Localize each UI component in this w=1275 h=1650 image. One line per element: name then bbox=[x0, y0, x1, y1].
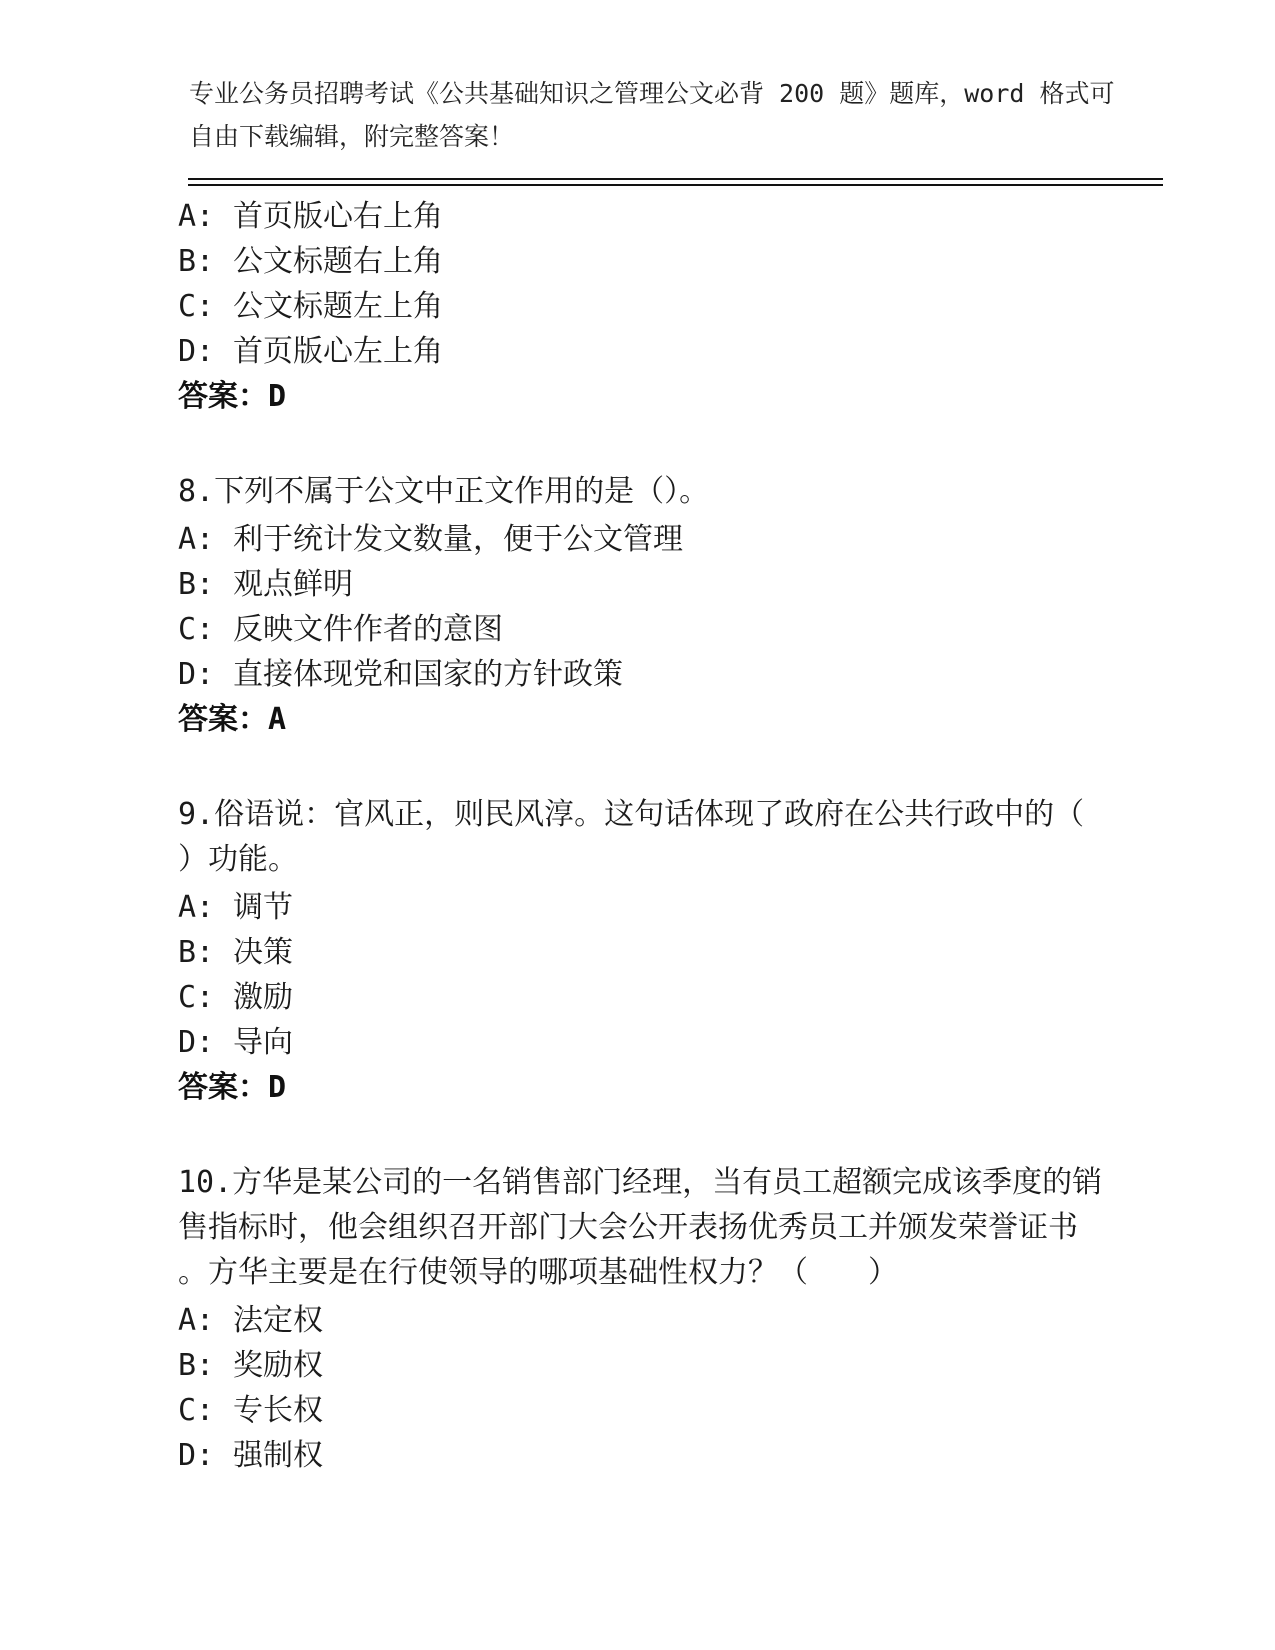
option-row: D:强制权 bbox=[178, 1433, 1275, 1478]
option-text: 首页版心右上角 bbox=[233, 199, 443, 234]
question-text-line: 。方华主要是在行使领导的哪项基础性权力？（ ） bbox=[178, 1250, 1275, 1295]
question-block: A:首页版心右上角 B:公文标题右上角 C:公文标题左上角 D:首页版心左上角 … bbox=[178, 194, 1275, 419]
option-label: A: bbox=[178, 885, 233, 930]
option-row: B:观点鲜明 bbox=[178, 562, 1275, 607]
header-divider bbox=[188, 178, 1163, 186]
option-row: A:法定权 bbox=[178, 1298, 1275, 1343]
option-label: A: bbox=[178, 1298, 233, 1343]
option-label: B: bbox=[178, 1343, 233, 1388]
option-text: 奖励权 bbox=[233, 1348, 323, 1383]
answer-line: 答案：D bbox=[178, 1065, 1275, 1110]
option-text: 调节 bbox=[233, 890, 293, 925]
option-row: C:激励 bbox=[178, 975, 1275, 1020]
header-line: 专业公务员招聘考试《公共基础知识之管理公文必背 200 题》题库，word 格式… bbox=[189, 72, 1109, 115]
answer-label: 答案： bbox=[178, 702, 268, 737]
option-row: A:首页版心右上角 bbox=[178, 194, 1275, 239]
option-text: 反映文件作者的意图 bbox=[233, 612, 503, 647]
option-text: 首页版心左上角 bbox=[233, 334, 443, 369]
header-line: 自由下载编辑，附完整答案！ bbox=[189, 115, 1109, 158]
option-row: B:公文标题右上角 bbox=[178, 239, 1275, 284]
question-text-line: 10.方华是某公司的一名销售部门经理，当有员工超额完成该季度的销 bbox=[178, 1160, 1275, 1205]
option-text: 法定权 bbox=[233, 1303, 323, 1338]
option-text: 导向 bbox=[233, 1025, 293, 1060]
option-row: D:直接体现党和国家的方针政策 bbox=[178, 652, 1275, 697]
option-list: A:调节 B:决策 C:激励 D:导向 bbox=[178, 885, 1275, 1065]
answer-value: D bbox=[268, 1070, 286, 1105]
option-row: C:公文标题左上角 bbox=[178, 284, 1275, 329]
option-text: 公文标题右上角 bbox=[233, 244, 443, 279]
option-list: A:法定权 B:奖励权 C:专长权 D:强制权 bbox=[178, 1298, 1275, 1478]
option-list: A:利于统计发文数量，便于公文管理 B:观点鲜明 C:反映文件作者的意图 D:直… bbox=[178, 517, 1275, 697]
option-row: D:首页版心左上角 bbox=[178, 329, 1275, 374]
page-header: 专业公务员招聘考试《公共基础知识之管理公文必背 200 题》题库，word 格式… bbox=[189, 72, 1109, 158]
option-row: A:调节 bbox=[178, 885, 1275, 930]
option-label: C: bbox=[178, 607, 233, 652]
question-block: 9.俗语说：官风正，则民风淳。这句话体现了政府在公共行政中的（ ）功能。 A:调… bbox=[178, 792, 1275, 1110]
question-block: 8.下列不属于公文中正文作用的是（）。 A:利于统计发文数量，便于公文管理 B:… bbox=[178, 469, 1275, 742]
option-row: A:利于统计发文数量，便于公文管理 bbox=[178, 517, 1275, 562]
option-label: B: bbox=[178, 562, 233, 607]
option-text: 决策 bbox=[233, 935, 293, 970]
option-row: B:奖励权 bbox=[178, 1343, 1275, 1388]
option-text: 利于统计发文数量，便于公文管理 bbox=[233, 522, 683, 557]
question-text-line: ）功能。 bbox=[178, 837, 1275, 882]
option-label: A: bbox=[178, 517, 233, 562]
option-text: 公文标题左上角 bbox=[233, 289, 443, 324]
option-label: D: bbox=[178, 1020, 233, 1065]
answer-value: D bbox=[268, 379, 286, 414]
option-text: 专长权 bbox=[233, 1393, 323, 1428]
option-label: B: bbox=[178, 239, 233, 284]
option-label: C: bbox=[178, 975, 233, 1020]
answer-label: 答案： bbox=[178, 379, 268, 414]
answer-line: 答案：A bbox=[178, 697, 1275, 742]
option-label: C: bbox=[178, 284, 233, 329]
document-page: 专业公务员招聘考试《公共基础知识之管理公文必背 200 题》题库，word 格式… bbox=[0, 0, 1275, 1650]
option-row: B:决策 bbox=[178, 930, 1275, 975]
option-row: C:反映文件作者的意图 bbox=[178, 607, 1275, 652]
question-text-line: 9.俗语说：官风正，则民风淳。这句话体现了政府在公共行政中的（ bbox=[178, 792, 1275, 837]
option-list: A:首页版心右上角 B:公文标题右上角 C:公文标题左上角 D:首页版心左上角 bbox=[178, 194, 1275, 374]
option-label: A: bbox=[178, 194, 233, 239]
option-label: C: bbox=[178, 1388, 233, 1433]
option-label: D: bbox=[178, 1433, 233, 1478]
option-label: B: bbox=[178, 930, 233, 975]
answer-label: 答案： bbox=[178, 1070, 268, 1105]
question-text-line: 售指标时，他会组织召开部门大会公开表扬优秀员工并颁发荣誉证书 bbox=[178, 1205, 1275, 1250]
option-text: 强制权 bbox=[233, 1438, 323, 1473]
option-text: 激励 bbox=[233, 980, 293, 1015]
option-text: 直接体现党和国家的方针政策 bbox=[233, 657, 623, 692]
answer-value: A bbox=[268, 702, 286, 737]
question-block: 10.方华是某公司的一名销售部门经理，当有员工超额完成该季度的销 售指标时，他会… bbox=[178, 1160, 1275, 1478]
option-row: C:专长权 bbox=[178, 1388, 1275, 1433]
option-label: D: bbox=[178, 652, 233, 697]
answer-line: 答案：D bbox=[178, 374, 1275, 419]
question-text-line: 8.下列不属于公文中正文作用的是（）。 bbox=[178, 469, 1275, 514]
option-row: D:导向 bbox=[178, 1020, 1275, 1065]
option-label: D: bbox=[178, 329, 233, 374]
option-text: 观点鲜明 bbox=[233, 567, 353, 602]
